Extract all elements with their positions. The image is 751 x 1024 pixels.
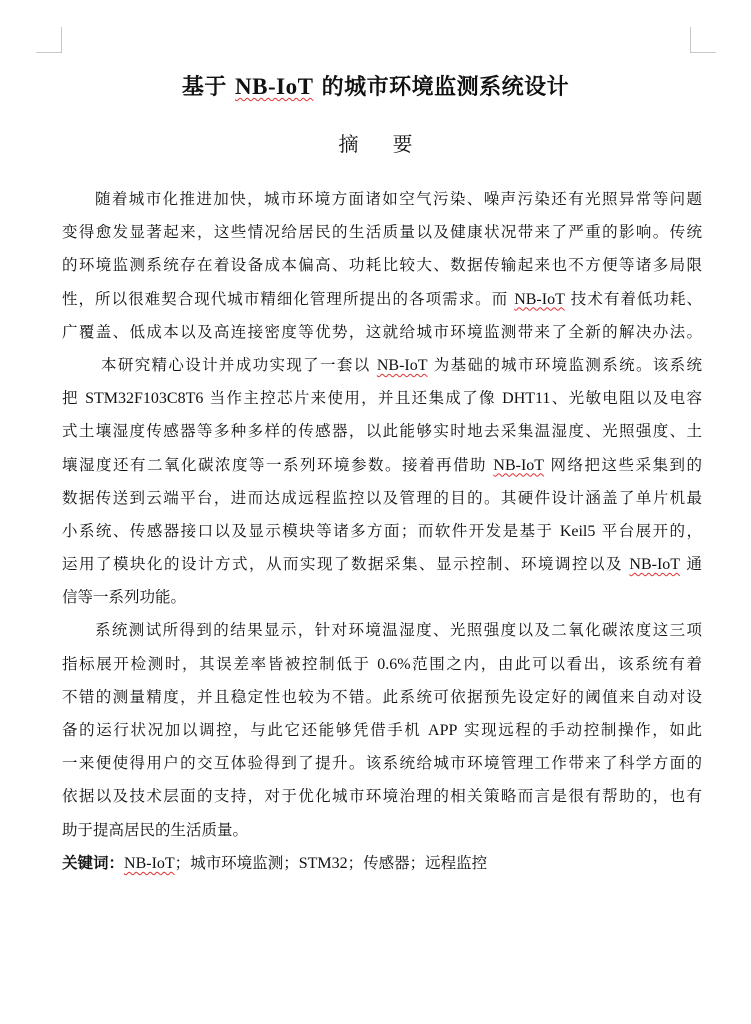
- text-line: 小系统、传感器接口以及显示模块等诸多方面；而软件开发是基于 Keil5 平台展开…: [62, 515, 702, 548]
- title-text-suffix: 的城市环境监测系统设计: [313, 75, 569, 100]
- abstract-heading-char-1: 摘: [339, 128, 359, 157]
- abstract-body: 随着城市化推进加快，城市环境方面诸如空气污染、噪声污染还有光照异常等问题 变得愈…: [62, 183, 702, 880]
- text-line: 备的运行状况加以调控，与此它还能够凭借手机 APP 实现远程的手动控制操作，如此: [62, 714, 702, 747]
- text-line: 把 STM32F103C8T6 当作主控芯片来使用，并且还集成了像 DHT11、…: [62, 382, 702, 415]
- nbiot-term: NB-IoT: [493, 457, 544, 474]
- app-term: APP: [428, 722, 457, 739]
- text-line: 随着城市化推进加快，城市环境方面诸如空气污染、噪声污染还有光照异常等问题: [62, 183, 702, 216]
- keywords-line: 关键词：NB-IoT；城市环境监测；STM32；传感器；远程监控: [62, 847, 702, 880]
- document-title: 基于 NB-IoT 的城市环境监测系统设计: [0, 70, 751, 101]
- keyword-item: 远程监控: [425, 854, 487, 872]
- text-line: 广覆盖、低成本以及高连接密度等优势，这就给城市环境监测带来了全新的解决办法。: [62, 316, 702, 349]
- text-line: 不错的测量精度，并且稳定性也较为不错。此系统可依据预先设定好的阈值来自动对设: [62, 681, 702, 714]
- text-line: 一来便使得用户的交互体验得到了提升。该系统给城市环境管理工作带来了科学方面的: [62, 747, 702, 780]
- text-line: 依据以及技术层面的支持，对于优化城市环境治理的相关策略而言是很有帮助的，也有: [62, 780, 702, 813]
- abstract-heading-char-2: 要: [393, 128, 413, 157]
- keyword-item: 城市环境监测: [190, 854, 283, 872]
- title-text-prefix: 基于: [182, 75, 235, 100]
- chip-model-term: STM32F103C8T6: [85, 390, 203, 407]
- keywords-label: 关键词：: [62, 854, 124, 872]
- keyword-item: STM32: [299, 855, 348, 872]
- text-line: 信等一系列功能。: [62, 581, 702, 614]
- text-line: 助于提高居民的生活质量。: [62, 814, 702, 847]
- text-line: 壤湿度还有二氧化碳浓度等一系列环境参数。接着再借助 NB-IoT 网络把这些采集…: [62, 449, 702, 482]
- ide-term: Keil5: [560, 523, 596, 540]
- text-line: 数据传送到云端平台，进而达成远程监控以及管理的目的。其硬件设计涵盖了单片机最: [62, 482, 702, 515]
- text-line: 指标展开检测时，其误差率皆被控制低于 0.6%范围之内，由此可以看出，该系统有着: [62, 648, 702, 681]
- text-line: 本研究精心设计并成功实现了一套以 NB-IoT 为基础的城市环境监测系统。该系统: [62, 349, 702, 382]
- keyword-item: 传感器: [363, 854, 410, 872]
- text-line: 性，所以很难契合现代城市精细化管理所提出的各项需求。而 NB-IoT 技术有着低…: [62, 283, 702, 316]
- page-corner-mark-top-right: [690, 27, 716, 53]
- text-line: 变得愈发显著起来，这些情况给居民的生活质量以及健康状况带来了严重的影响。传统: [62, 216, 702, 249]
- nbiot-term: NB-IoT: [629, 556, 680, 573]
- text-line: 式土壤湿度传感器等多种多样的传感器，以此能够实时地去采集温湿度、光照强度、土: [62, 415, 702, 448]
- nbiot-term: NB-IoT: [514, 291, 565, 308]
- title-nbiot-term: NB-IoT: [235, 74, 313, 99]
- abstract-heading: 摘要: [0, 128, 751, 157]
- sensor-model-term: DHT11: [502, 390, 550, 407]
- abstract-paragraph-3: 系统测试所得到的结果显示，针对环境温湿度、光照强度以及二氧化碳浓度这三项 指标展…: [62, 614, 702, 846]
- page-corner-mark-top-left: [36, 27, 62, 53]
- error-rate-value: 0.6%: [377, 656, 410, 673]
- text-line: 运用了模块化的设计方式，从而实现了数据采集、显示控制、环境调控以及 NB-IoT…: [62, 548, 702, 581]
- text-line: 的环境监测系统存在着设备成本偏高、功耗比较大、数据传输起来也不方便等诸多局限: [62, 249, 702, 282]
- text-line: 系统测试所得到的结果显示，针对环境温湿度、光照强度以及二氧化碳浓度这三项: [62, 614, 702, 647]
- abstract-paragraph-2: 本研究精心设计并成功实现了一套以 NB-IoT 为基础的城市环境监测系统。该系统…: [62, 349, 702, 615]
- nbiot-term: NB-IoT: [377, 357, 428, 374]
- keyword-item: NB-IoT: [124, 855, 175, 872]
- abstract-paragraph-1: 随着城市化推进加快，城市环境方面诸如空气污染、噪声污染还有光照异常等问题 变得愈…: [62, 183, 702, 349]
